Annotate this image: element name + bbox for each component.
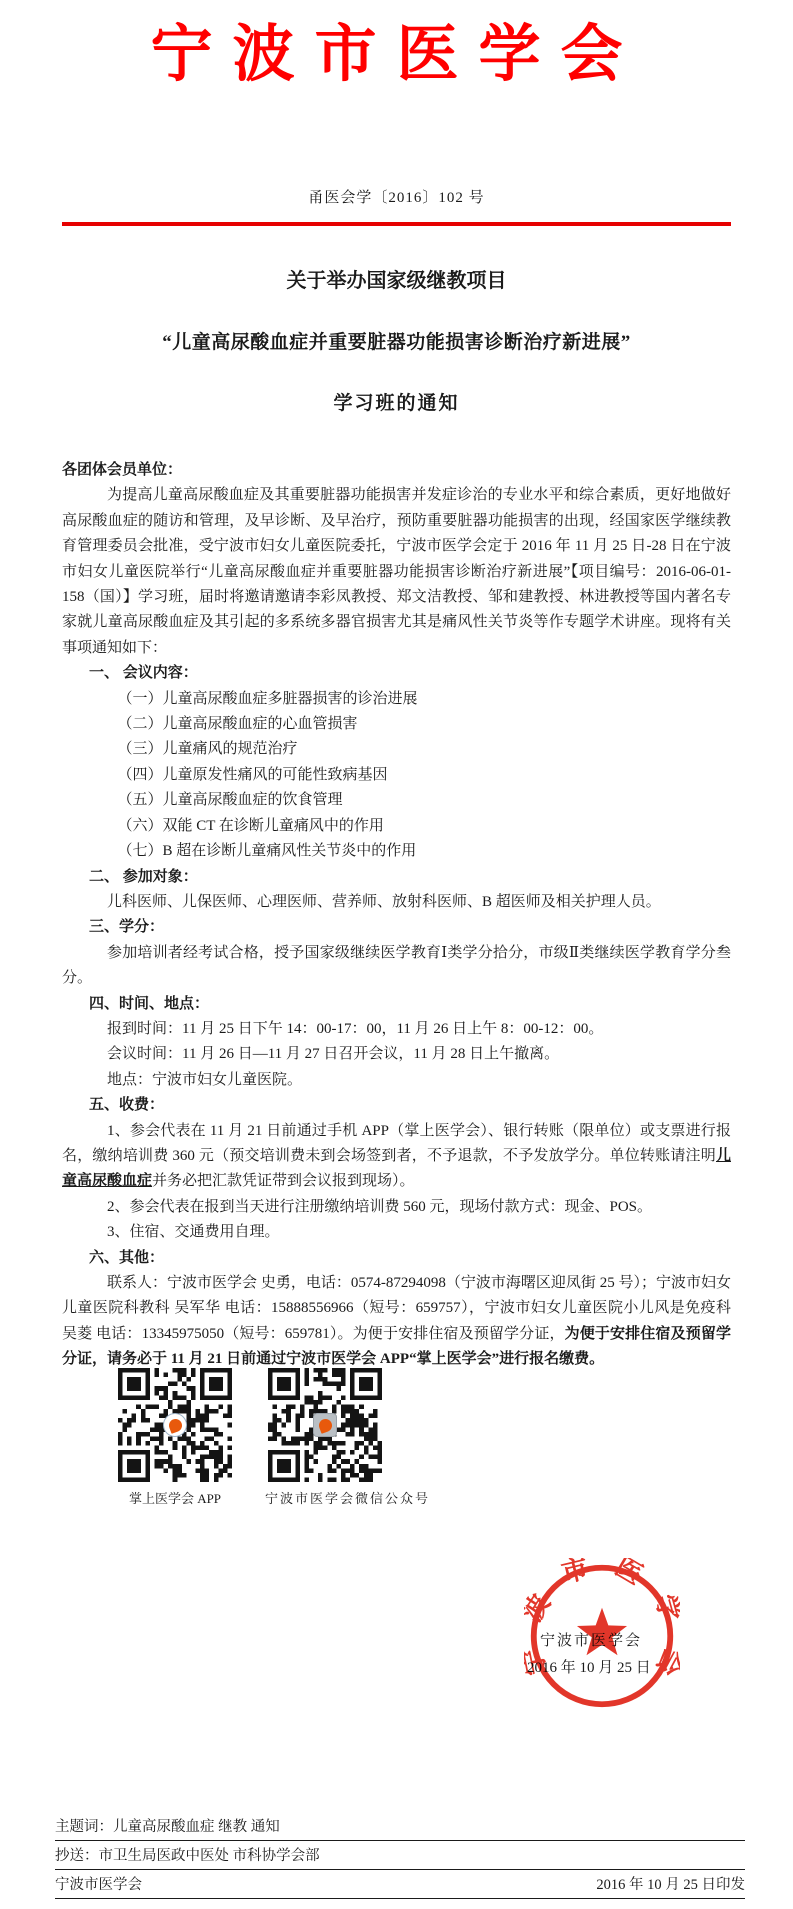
notice-title-line3: 学习班的通知: [0, 388, 793, 415]
salutation: 各团体会员单位：: [62, 458, 731, 483]
qr-caption-wechat: 宁波市医学会微信公众号: [265, 1488, 385, 1507]
section-4-heading: 四、时间、地点：: [62, 992, 731, 1017]
letterhead-title: 宁波市医学会: [0, 4, 793, 93]
credits-paragraph: 参加培训者经考试合格，授予国家级继续医学教育Ⅰ类学分拾分，市级Ⅱ类继续医学教育学…: [62, 941, 731, 992]
subject-line: 主题词：儿童高尿酸血症 继教 通知: [55, 1812, 745, 1841]
print-date: 2016 年 10 月 25 日印发: [596, 1873, 745, 1894]
issuer-org: 宁波市医学会: [55, 1873, 142, 1894]
section-3-heading: 三、学分：: [62, 915, 731, 940]
section-6-heading: 六、其他：: [62, 1246, 731, 1271]
document-body: 各团体会员单位： 为提高儿童高尿酸血症及其重要脏器功能损害并发症诊治的专业水平和…: [62, 458, 731, 1373]
red-divider: [62, 222, 731, 226]
schedule-line: 报到时间：11 月 25 日下午 14：00-17：00，11 月 26 日上午…: [62, 1017, 731, 1042]
agenda-item: （五）儿童高尿酸血症的饮食管理: [62, 788, 731, 813]
section-1-heading: 一、 会议内容：: [62, 661, 731, 686]
contacts-paragraph: 联系人：宁波市医学会 史勇，电话：0574-87294098（宁波市海曙区迎凤街…: [62, 1271, 731, 1373]
fee-item-2: 2、参会代表在报到当天进行注册缴纳培训费 560 元，现场付款方式：现金、POS…: [62, 1195, 731, 1220]
qr-code-app: 掌上医学会 APP: [115, 1368, 235, 1507]
fee-item-1: 1、参会代表在 11 月 21 日前通过手机 APP（掌上医学会）、银行转账（限…: [62, 1119, 731, 1195]
cc-line: 抄送：市卫生局医政中医处 市科协学会部: [55, 1841, 745, 1870]
notice-title-line1: 关于举办国家级继教项目: [0, 264, 793, 293]
fee-item-3: 3、住宿、交通费用自理。: [62, 1220, 731, 1245]
fee-item-1-tail: 并务必把汇款凭证带到会议报到现场）。: [152, 1173, 415, 1189]
medical-society-logo-icon: [163, 1413, 187, 1437]
qr-caption-app: 掌上医学会 APP: [115, 1488, 235, 1507]
issuer-line: 宁波市医学会 2016 年 10 月 25 日印发: [55, 1870, 745, 1899]
qr-image-wechat: [268, 1368, 382, 1482]
section-2-heading: 二、 参加对象：: [62, 865, 731, 890]
notice-title: 关于举办国家级继教项目 “儿童高尿酸血症并重要脏器功能损害诊断治疗新进展” 学习…: [0, 264, 793, 415]
notice-document-page: 宁波市医学会 甬医会学〔2016〕102 号 关于举办国家级继教项目 “儿童高尿…: [0, 0, 793, 1909]
official-seal: 宁波市医学会: [524, 1558, 680, 1714]
agenda-item: （七）B 超在诊断儿童痛风性关节炎中的作用: [62, 839, 731, 864]
agenda-item: （二）儿童高尿酸血症的心血管损害: [62, 712, 731, 737]
section-5-heading: 五、收费：: [62, 1093, 731, 1118]
agenda-item: （三）儿童痛风的规范治疗: [62, 737, 731, 762]
medical-society-logo-icon: [313, 1413, 337, 1437]
document-footer: 主题词：儿童高尿酸血症 继教 通知 抄送：市卫生局医政中医处 市科协学会部 宁波…: [55, 1812, 745, 1899]
notice-title-line2: “儿童高尿酸血症并重要脏器功能损害诊断治疗新进展”: [0, 327, 793, 354]
agenda-item: （一）儿童高尿酸血症多脏器损害的诊治进展: [62, 687, 731, 712]
schedule-line: 地点：宁波市妇女儿童医院。: [62, 1068, 731, 1093]
qr-image-app: [118, 1368, 232, 1482]
agenda-item: （四）儿童原发性痛风的可能性致病基因: [62, 763, 731, 788]
agenda-item: （六）双能 CT 在诊断儿童痛风中的作用: [62, 814, 731, 839]
doc-number: 甬医会学〔2016〕102 号: [0, 186, 793, 207]
participants-text: 儿科医师、儿保医师、心理医师、营养师、放射科医师、B 超医师及相关护理人员。: [62, 890, 731, 915]
qr-code-row: 掌上医学会 APP 宁波市医学会微信公众号: [115, 1368, 385, 1507]
fee-item-1-text: 1、参会代表在 11 月 21 日前通过手机 APP（掌上医学会）、银行转账（限…: [62, 1123, 731, 1164]
intro-paragraph: 为提高儿童高尿酸血症及其重要脏器功能损害并发症诊治的专业水平和综合素质，更好地做…: [62, 483, 731, 661]
schedule-line: 会议时间：11 月 26 日—11 月 27 日召开会议，11 月 28 日上午…: [62, 1042, 731, 1067]
qr-code-wechat: 宁波市医学会微信公众号: [265, 1368, 385, 1507]
seal-star-icon: [577, 1608, 627, 1656]
